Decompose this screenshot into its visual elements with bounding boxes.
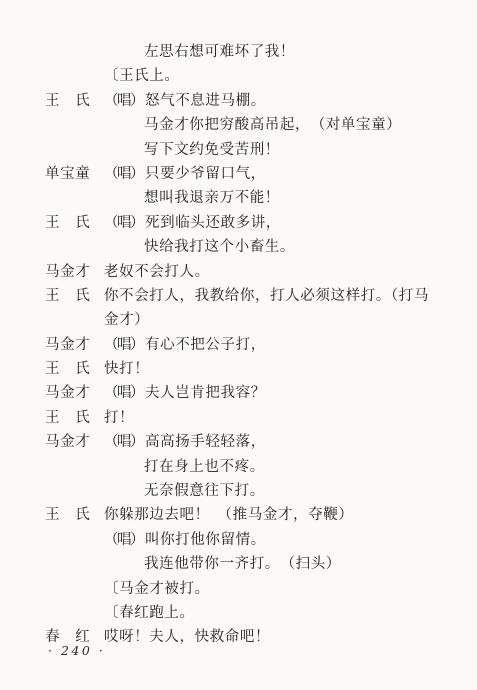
line-text: 你躲那边去吧！ （推马金才，夺鞭） (104, 503, 353, 527)
line-text: 快打！ (104, 357, 149, 381)
speaker-name: 王 氏 (45, 284, 104, 308)
line-text: 〔马金才被打。 (104, 577, 210, 601)
script-line: 王 氏你躲那边去吧！ （推马金才，夺鞭） (45, 503, 455, 527)
line-text: 打！ (104, 406, 134, 430)
script-line: 快给我打这个小畜生。 (45, 235, 455, 259)
sing-tag: （唱） (104, 211, 145, 235)
book-page: 左思右想可难坏了我！〔王氏上。王 氏（唱）怒气不息进马棚。马金才你把穷酸高吊起，… (0, 0, 477, 690)
script-line: 马金才（唱）有心不把公子打， (45, 333, 455, 357)
sing-tag: （唱） (104, 381, 145, 405)
script-line: 王 氏（唱）死到临头还敢多讲， (45, 211, 455, 235)
line-text: 有心不把公子打， (145, 333, 266, 357)
speaker-name: 王 氏 (45, 211, 104, 235)
script-line: 春 红哎呀！夫人，快救命吧！ (45, 625, 455, 649)
speaker-name: 王 氏 (45, 406, 104, 430)
line-text: 叫你打他你留情。 (145, 528, 266, 552)
script-line: 金才） (45, 308, 455, 332)
line-text: 打在身上也不疼。 (144, 455, 265, 479)
line-text: 〔王氏上。 (104, 64, 180, 88)
speaker-name: 马金才 (45, 381, 104, 405)
script-line: 〔王氏上。 (45, 64, 455, 88)
line-text: 只要少爷留口气， (145, 162, 266, 186)
sing-tag: （唱） (104, 89, 145, 113)
speaker-name: 单宝童 (45, 162, 104, 186)
line-text: 左思右想可难坏了我！ (144, 40, 295, 64)
script-line: 〔春红跑上。 (45, 601, 455, 625)
line-text: 马金才你把穷酸高吊起， （对单宝童） (144, 113, 401, 137)
line-text: 写下文约免受苦刑！ (144, 138, 280, 162)
script-line: 马金才（唱）夫人岂肯把我容？ (45, 381, 455, 405)
script-line: 王 氏你不会打人，我教给你，打人必须这样打。（打马 (45, 284, 455, 308)
script-line: 马金才老奴不会打人。 (45, 260, 455, 284)
script-line: 单宝童（唱）只要少爷留口气， (45, 162, 455, 186)
line-text: 死到临头还敢多讲， (145, 211, 281, 235)
sing-tag: （唱） (104, 430, 145, 454)
line-text: 〔春红跑上。 (104, 601, 195, 625)
page-number: · 240 · (48, 643, 105, 658)
line-text: 夫人岂肯把我容？ (145, 381, 266, 405)
line-text: 高高扬手轻轻落， (145, 430, 266, 454)
script-line: 〔马金才被打。 (45, 577, 455, 601)
script-line: 王 氏快打！ (45, 357, 455, 381)
script-line: （唱）叫你打他你留情。 (45, 528, 455, 552)
line-text: 无奈假意往下打。 (144, 479, 265, 503)
speaker-name: 马金才 (45, 260, 104, 284)
speaker-name: 王 氏 (45, 89, 104, 113)
sing-tag: （唱） (104, 528, 145, 552)
script-line: 写下文约免受苦刑！ (45, 138, 455, 162)
line-text: 快给我打这个小畜生。 (144, 235, 295, 259)
line-text: 哎呀！夫人，快救命吧！ (104, 625, 270, 649)
line-text: 老奴不会打人。 (104, 260, 210, 284)
script-line: 想叫我退亲万不能！ (45, 186, 455, 210)
speaker-name: 马金才 (45, 333, 104, 357)
line-text: 我连他带你一齐打。 （扫头） (144, 552, 341, 576)
script-line: 王 氏（唱）怒气不息进马棚。 (45, 89, 455, 113)
script-line: 打在身上也不疼。 (45, 455, 455, 479)
line-text: 金才） (104, 308, 149, 332)
speaker-name: 马金才 (45, 430, 104, 454)
script-line: 马金才（唱）高高扬手轻轻落， (45, 430, 455, 454)
script-line: 左思右想可难坏了我！ (45, 40, 455, 64)
sing-tag: （唱） (104, 333, 145, 357)
line-text: 你不会打人，我教给你，打人必须这样打。（打马 (104, 284, 429, 308)
script-line: 我连他带你一齐打。 （扫头） (45, 552, 455, 576)
line-text: 想叫我退亲万不能！ (144, 186, 280, 210)
script-line: 王 氏打！ (45, 406, 455, 430)
script-text-block: 左思右想可难坏了我！〔王氏上。王 氏（唱）怒气不息进马棚。马金才你把穷酸高吊起，… (45, 40, 455, 650)
script-line: 无奈假意往下打。 (45, 479, 455, 503)
speaker-name: 王 氏 (45, 503, 104, 527)
line-text: 怒气不息进马棚。 (145, 89, 266, 113)
speaker-name: 王 氏 (45, 357, 104, 381)
sing-tag: （唱） (104, 162, 145, 186)
script-line: 马金才你把穷酸高吊起， （对单宝童） (45, 113, 455, 137)
